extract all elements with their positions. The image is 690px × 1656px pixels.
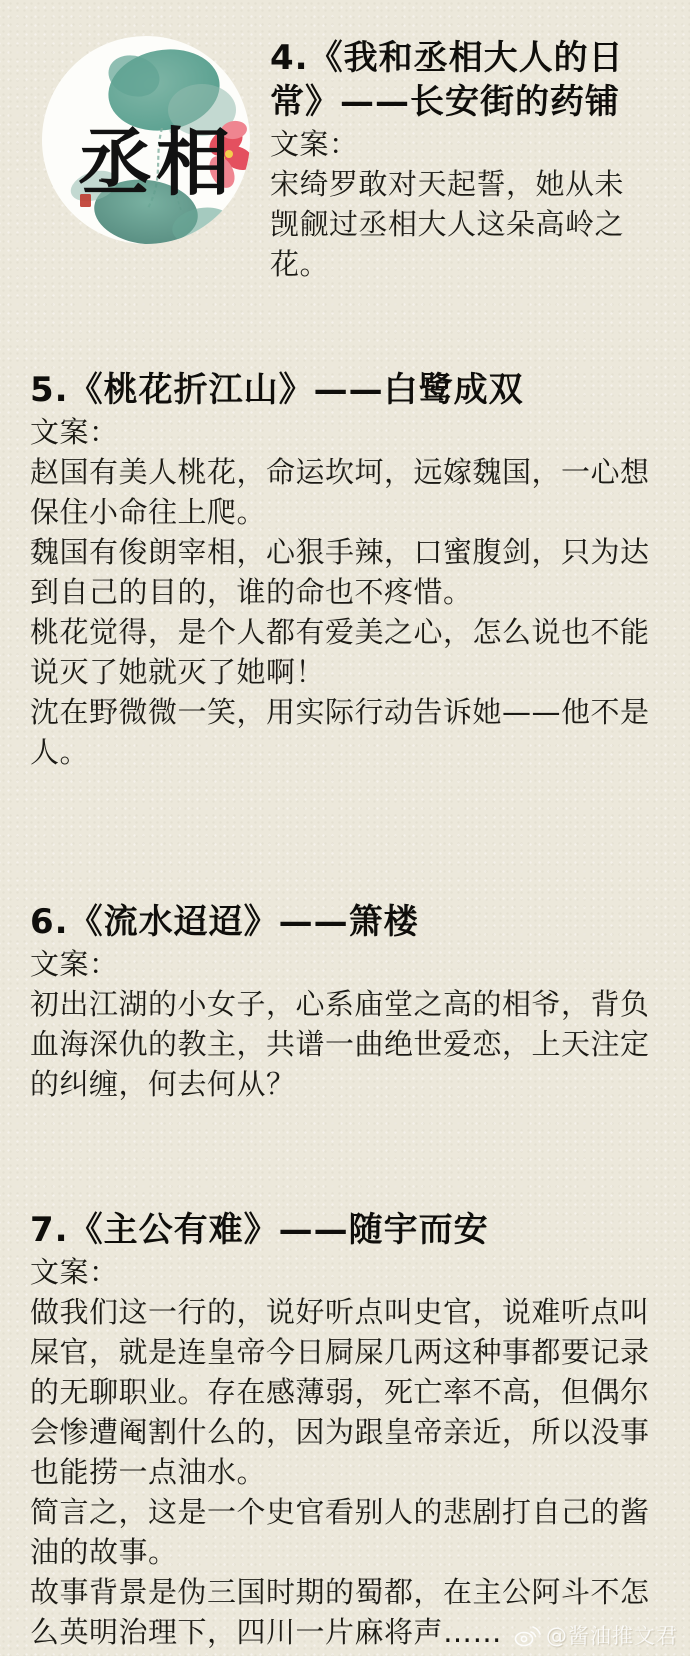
book-title-6: 6.《流水迢迢》——箫楼 xyxy=(30,900,666,944)
book-title-5: 5.《桃花折江山》——白鹭成双 xyxy=(30,368,666,412)
synopsis-paragraph: 桃花觉得，是个人都有爱美之心，怎么说也不能说灭了她就灭了她啊！ xyxy=(30,612,666,692)
synopsis-paragraph: 宋绮罗敢对天起誓，她从未觊觎过丞相大人这朵高岭之花。 xyxy=(270,164,644,284)
synopsis-paragraph: 赵国有美人桃花，命运坎坷，远嫁魏国，一心想保住小命往上爬。 xyxy=(30,452,666,532)
header-row: 丞相 4.《我和丞相大人的日常》——长安街的药铺 文案： 宋绮罗敢对天起誓，她从… xyxy=(0,0,690,284)
avatar-calligraphy-text: 丞相 xyxy=(78,120,234,206)
book-section-6: 6.《流水迢迢》——箫楼 文案： 初出江湖的小女子，心系庙堂之高的相爷，背负血海… xyxy=(0,900,690,1104)
post-image: 丞相 4.《我和丞相大人的日常》——长安街的药铺 文案： 宋绮罗敢对天起誓，她从… xyxy=(0,0,690,1656)
lotus-watercolor-art: 丞相 xyxy=(42,36,250,244)
synopsis-paragraph: 沈在野微微一笑，用实际行动告诉她——他不是人。 xyxy=(30,692,666,772)
book-title-7: 7.《主公有难》——随宇而安 xyxy=(30,1208,666,1252)
synopsis-paragraph: 做我们这一行的，说好听点叫史官，说难听点叫屎官，就是连皇帝今日屙屎几两这种事都要… xyxy=(30,1292,666,1492)
book-section-7: 7.《主公有难》——随宇而安 文案： 做我们这一行的，说好听点叫史官，说难听点叫… xyxy=(0,1208,690,1652)
synopsis-paragraph: 初出江湖的小女子，心系庙堂之高的相爷，背负血海深仇的教主，共谱一曲绝世爱恋，上天… xyxy=(30,984,666,1104)
synopsis-label-7: 文案： xyxy=(30,1252,666,1292)
watermark: @酱油推文君 xyxy=(514,1620,678,1650)
synopsis-paragraph: 简言之，这是一个史官看别人的悲剧打自己的酱油的故事。 xyxy=(30,1492,666,1572)
synopsis-paragraph: 魏国有俊朗宰相，心狠手辣，口蜜腹剑，只为达到自己的目的，谁的命也不疼惜。 xyxy=(30,532,666,612)
synopsis-label-4: 文案： xyxy=(270,124,644,164)
book-title-4: 4.《我和丞相大人的日常》——长安街的药铺 xyxy=(270,36,644,124)
synopsis-label-5: 文案： xyxy=(30,412,666,452)
avatar: 丞相 xyxy=(42,36,250,244)
book-section-5: 5.《桃花折江山》——白鹭成双 文案： 赵国有美人桃花，命运坎坷，远嫁魏国，一心… xyxy=(0,368,690,772)
book-section-4: 4.《我和丞相大人的日常》——长安街的药铺 文案： 宋绮罗敢对天起誓，她从未觊觎… xyxy=(270,36,644,284)
watermark-handle: @酱油推文君 xyxy=(546,1620,678,1650)
weibo-icon xyxy=(514,1624,541,1647)
synopsis-label-6: 文案： xyxy=(30,944,666,984)
